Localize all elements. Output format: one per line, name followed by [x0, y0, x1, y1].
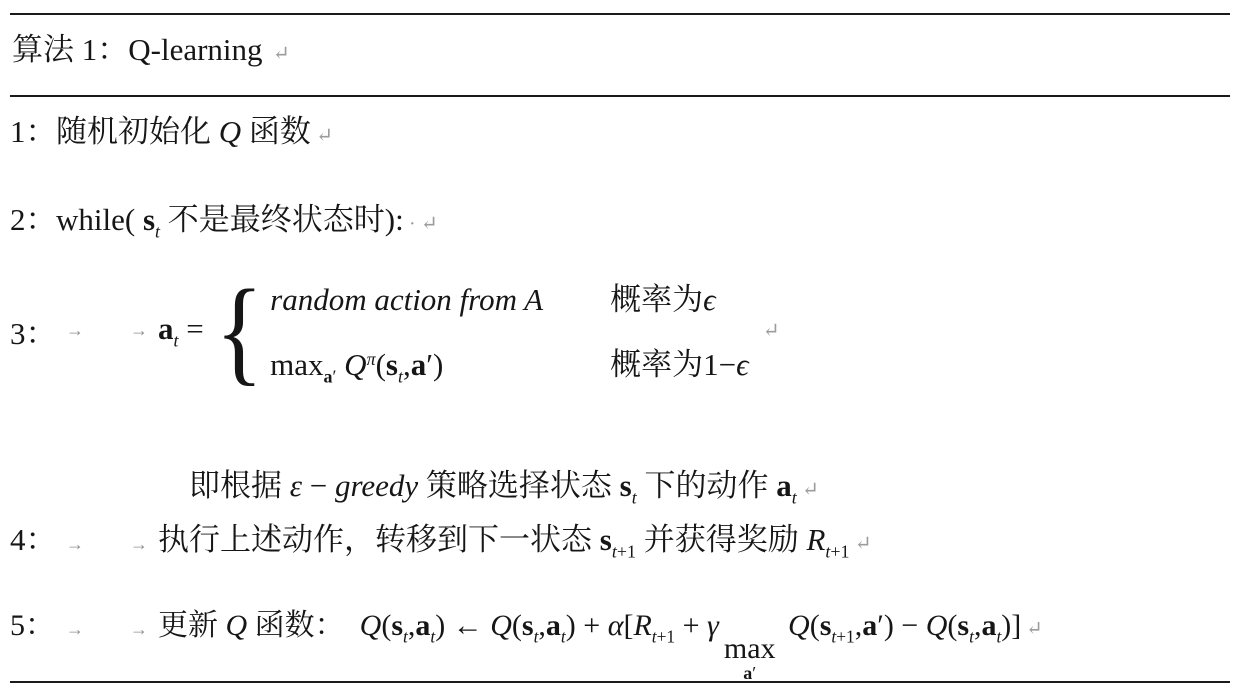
rule-top	[10, 13, 1230, 15]
step-1-number: 1：	[10, 106, 56, 151]
step-3: 3： → → at = { random action from A 概率为ϵ …	[10, 274, 780, 388]
step-2-text: while( st 不是最终状态时): · ↵	[56, 194, 438, 243]
cases-brace: {	[216, 284, 264, 378]
tab-arrow-icon: →	[66, 534, 84, 555]
cases-block: random action from A 概率为ϵ maxa′ Qπ(st,a′…	[270, 274, 748, 388]
tab-marks: → →	[56, 534, 158, 555]
step-5-text: 更新 Q 函数： Q(st,at) ← Q(st,at) + α[Rt+1 + …	[158, 600, 1043, 682]
rule-below-title	[10, 95, 1230, 97]
step-3-number: 3：	[10, 308, 56, 353]
case-1-expression: random action from A	[270, 282, 610, 318]
rule-bottom	[10, 681, 1230, 683]
case-2-probability: 概率为1−ϵ	[610, 339, 748, 384]
case-2-expression: maxa′ Qπ(st,a′)	[270, 347, 610, 388]
tab-marks: → →	[56, 320, 158, 341]
step-4-text: 执行上述动作，转移到下一状态 st+1 并获得奖励 Rt+1 ↵	[158, 514, 872, 563]
step-3-note-text: 即根据 ε − greedy 策略选择状态 st 下的动作 at ↵	[189, 468, 819, 503]
paragraph-mark-icon: ↵	[763, 318, 780, 343]
tab-arrow-icon: →	[66, 619, 84, 640]
algorithm-title: 算法 1：Q-learning ↵	[12, 24, 290, 69]
step-5: 5： → → 更新 Q 函数： Q(st,at) ← Q(st,at) + α[…	[10, 600, 1043, 682]
tab-arrow-icon: →	[130, 320, 148, 341]
step-4: 4： → → 执行上述动作，转移到下一状态 st+1 并获得奖励 Rt+1 ↵	[10, 514, 872, 563]
tab-arrow-icon: →	[130, 534, 148, 555]
case-1-probability: 概率为ϵ	[610, 274, 748, 319]
tab-marks: → →	[56, 619, 158, 640]
tab-arrow-icon: →	[66, 320, 84, 341]
step-4-number: 4：	[10, 514, 56, 559]
step-2: 2： while( st 不是最终状态时): · ↵	[10, 194, 438, 243]
step-3-lhs: at =	[158, 311, 211, 352]
step-1-text: 随机初始化 Q 函数 ↵	[56, 106, 333, 151]
tab-arrow-icon: →	[130, 619, 148, 640]
step-2-number: 2：	[10, 194, 56, 239]
step-1: 1： 随机初始化 Q 函数 ↵	[10, 106, 333, 151]
step-5-number: 5：	[10, 600, 56, 644]
document-page: 算法 1：Q-learning ↵ 1： 随机初始化 Q 函数 ↵ 2： whi…	[0, 0, 1244, 692]
